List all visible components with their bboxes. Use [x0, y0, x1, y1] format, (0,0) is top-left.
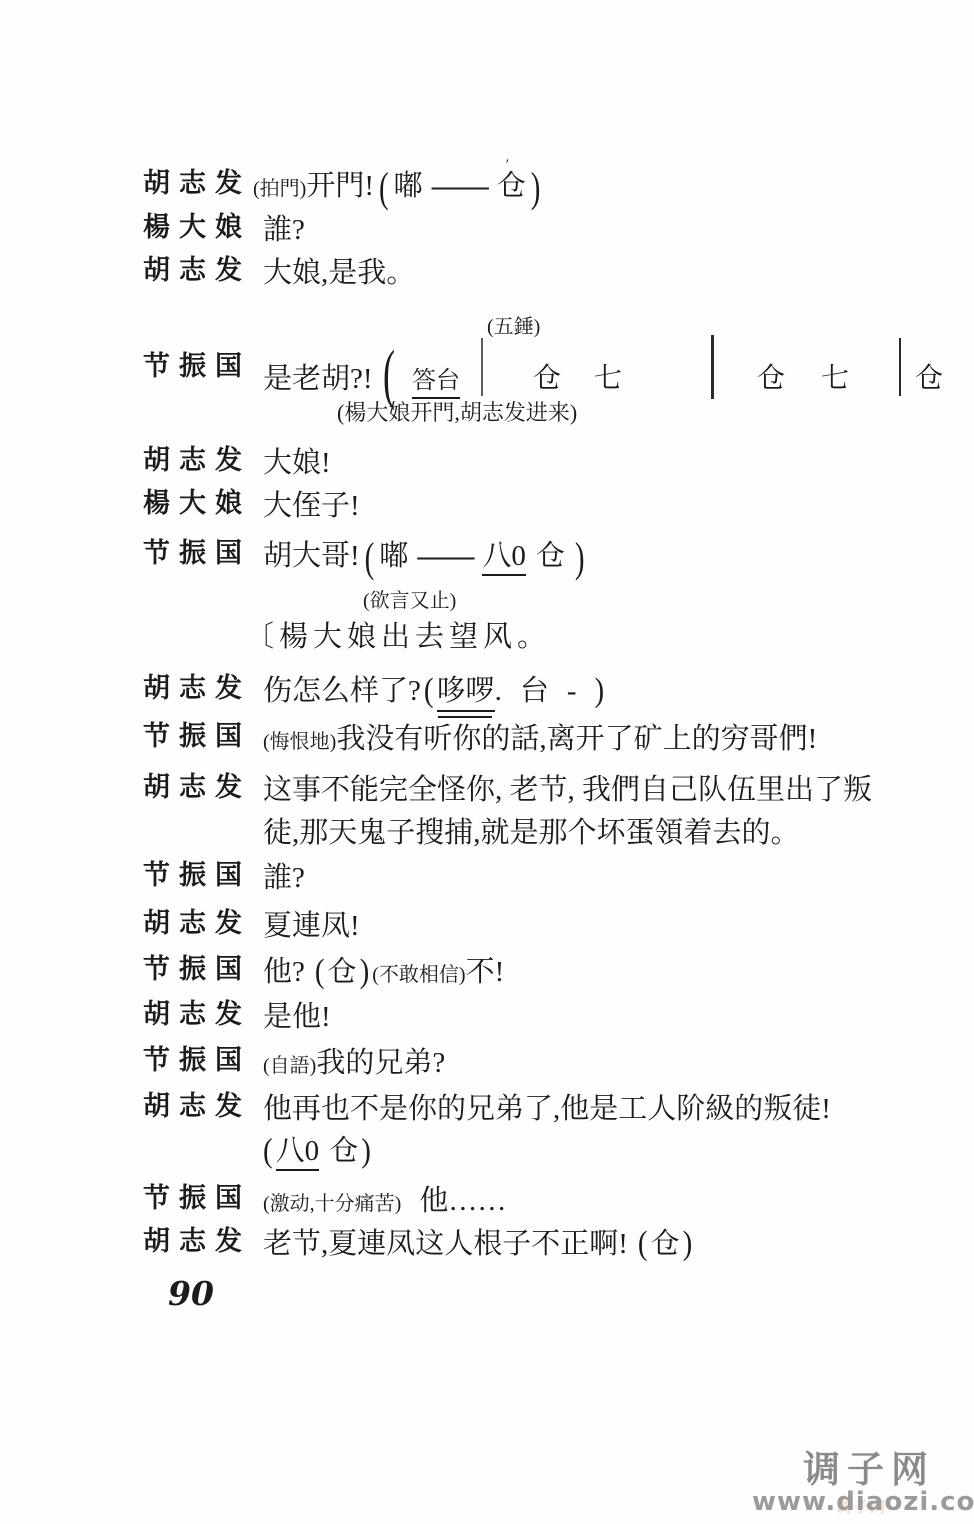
- watermark-site-name: 调子网: [803, 1439, 935, 1493]
- speaker-label: 节振国: [143, 862, 251, 889]
- stage-direction-inline: (不敢相信): [372, 964, 465, 986]
- speaker-label: 胡志发: [143, 1228, 251, 1255]
- speaker-label: 胡志发: [143, 675, 251, 702]
- speaker-label: 楊大娘: [143, 214, 251, 241]
- percussion-close-paren: ): [595, 672, 605, 710]
- stage-direction-inline: (悔恨地): [263, 731, 336, 753]
- percussion-open-paren: (: [365, 535, 375, 583]
- dialogue-text: 胡大哥!: [263, 540, 360, 572]
- speaker-label: 胡志发: [143, 257, 251, 284]
- percussion-beat: -: [567, 675, 577, 707]
- percussion-beat: 仓: [533, 356, 561, 396]
- dialogue: (悔恨地)我没有听你的話,离开了矿上的穷哥們!: [263, 723, 817, 756]
- percussion-drum: 嘟: [394, 170, 423, 202]
- bar-line: [481, 338, 483, 396]
- percussion-open-paren: (: [424, 672, 434, 710]
- dialogue-text: 我没有听你的話,离开了矿上的穷哥們!: [336, 723, 817, 755]
- percussion-hit: 仓: [497, 170, 526, 202]
- dialogue-text: 不!: [466, 956, 505, 988]
- speaker-label: 胡志发: [143, 170, 251, 197]
- stage-note: 〔楊大娘出去望风。: [245, 623, 551, 652]
- percussion-hit-wrap: ′仓: [497, 170, 526, 203]
- percussion-open-paren: (: [638, 1225, 648, 1263]
- percussion-close-paren: ): [575, 535, 585, 583]
- percussion-beat: 七: [821, 356, 849, 396]
- bar-line: [899, 338, 901, 396]
- percussion-close-paren: ): [360, 953, 370, 991]
- dialogue-text: 大娘!: [263, 447, 331, 480]
- stage-direction: (欲言又止): [363, 591, 456, 611]
- bar-line: [711, 335, 714, 399]
- dialogue-text: 这事不能完全怪你, 老节, 我們自己队伍里出了叛: [263, 774, 872, 807]
- percussion-beat: 仓: [915, 356, 943, 396]
- percussion-hit: 仓: [651, 1228, 680, 1260]
- accent-mark: ′: [506, 157, 509, 174]
- dialogue-text: 大娘,是我。: [263, 257, 415, 290]
- speaker-label: 胡志发: [143, 1093, 251, 1120]
- dialogue-text: 他……: [419, 1185, 506, 1217]
- dialogue: (激动,十分痛苦)他……: [263, 1185, 506, 1218]
- dialogue-text: 誰?: [263, 214, 305, 247]
- stage-direction: (楊大娘开門,胡志发进来): [337, 402, 577, 424]
- percussion-hit: 仓: [329, 1135, 358, 1167]
- percussion-beat: 台: [520, 675, 549, 707]
- dialogue-text: 是他!: [263, 1001, 331, 1034]
- percussion-open-paren: (: [315, 953, 325, 991]
- percussion-close-paren: ): [361, 1135, 371, 1168]
- dialogue-text: 他再也不是你的兄弟了,他是工人阶級的叛徒!: [263, 1093, 831, 1126]
- percussion-beat: 八0: [482, 540, 526, 576]
- stage-direction-inline: (拍門): [253, 178, 306, 200]
- dialogue-text: 伤怎么样了?: [263, 675, 421, 707]
- percussion-notation: 是老胡?! ( 答台 仓 七 仓 七 仓 - ): [263, 332, 923, 410]
- dialogue: 胡大哥!(嘟——八0仓): [263, 540, 590, 576]
- percussion-beat: 哆啰: [437, 675, 495, 712]
- percussion-hit: 仓: [536, 540, 565, 572]
- stage-direction-inline: (自語): [263, 1055, 316, 1077]
- percussion-beat: 八0: [276, 1135, 320, 1171]
- dialogue-text: 老节,夏連凤这人根子不正啊!: [263, 1228, 628, 1260]
- speaker-label: 节振国: [143, 1185, 251, 1212]
- dialogue-text: 我的兄弟?: [316, 1047, 445, 1079]
- speaker-label: 楊大娘: [143, 490, 251, 517]
- percussion-close-paren: ): [531, 165, 541, 213]
- speaker-label: 节振国: [143, 1047, 251, 1074]
- percussion-notation: (八0仓): [263, 1137, 374, 1166]
- speaker-label: 节振国: [143, 540, 251, 567]
- speaker-label: 胡志发: [143, 1001, 251, 1028]
- dialogue: 伤怎么样了?(哆啰.台-): [263, 675, 607, 712]
- percussion-beat: 答台: [412, 360, 460, 399]
- dialogue-text: 开門!: [306, 170, 374, 202]
- page-number: 90: [168, 1274, 214, 1313]
- percussion-beat: 七: [594, 356, 622, 396]
- dialogue: (自語)我的兄弟?: [263, 1047, 445, 1080]
- percussion-hit: 仓: [328, 956, 357, 988]
- dialogue: 他?(仓)(不敢相信)不!: [263, 956, 504, 989]
- percussion-dot: .: [495, 675, 502, 707]
- dialogue-continuation: 徒,那天鬼子搜捕,就是那个坏蛋領着去的。: [263, 819, 800, 848]
- percussion-sustain-dash: ——: [417, 540, 473, 573]
- speaker-label: 节振国: [143, 723, 251, 750]
- dialogue-text: 夏連凤!: [263, 910, 360, 943]
- percussion-sustain-dash: ——: [432, 170, 488, 203]
- speaker-label: 节振国: [143, 353, 251, 380]
- speaker-label: 胡志发: [143, 447, 251, 474]
- percussion-open-paren: (: [379, 165, 389, 213]
- percussion-close-paren: ): [683, 1225, 693, 1263]
- speaker-label: 胡志发: [143, 774, 251, 801]
- dialogue-text: 他?: [263, 956, 305, 988]
- percussion-open-paren: (: [263, 1135, 273, 1168]
- dialogue-text: 大侄子!: [263, 490, 360, 523]
- dialogue: (拍門)开門!(嘟——′仓): [253, 170, 545, 206]
- stage-direction-inline: (激动,十分痛苦): [263, 1193, 401, 1215]
- watermark-site-url: www.diaozi.com: [752, 1487, 974, 1517]
- speaker-label: 胡志发: [143, 910, 251, 937]
- dialogue-text: 誰?: [263, 862, 305, 895]
- dialogue: 老节,夏連凤这人根子不正啊!(仓): [263, 1228, 695, 1261]
- speaker-label: 节振国: [143, 956, 251, 983]
- dialogue-text: 是老胡?!: [263, 356, 373, 397]
- percussion-beat: 仓: [757, 356, 785, 396]
- percussion-drum: 嘟: [379, 540, 408, 572]
